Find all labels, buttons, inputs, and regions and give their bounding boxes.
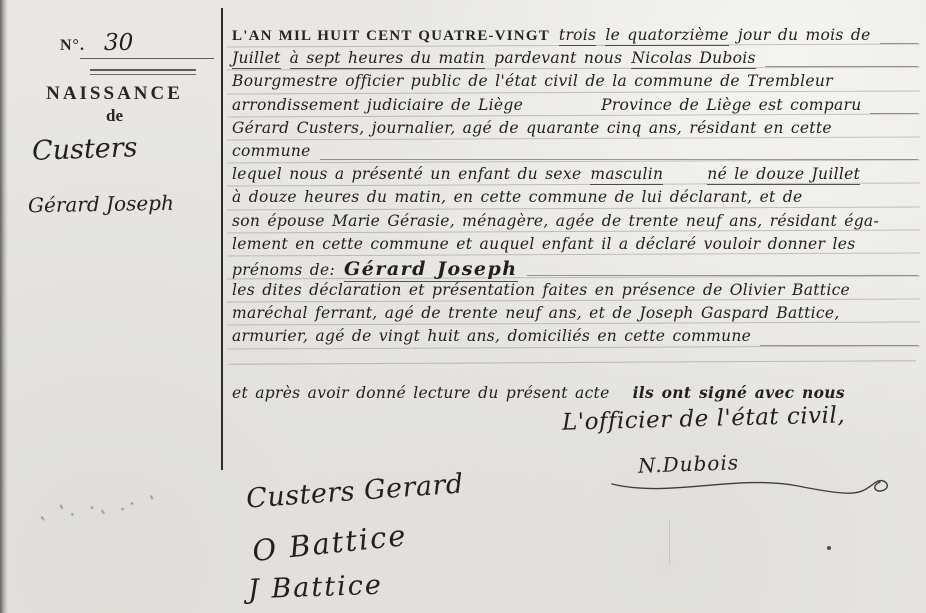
witnesses-text-3: armurier, agé de vingt huit ans, domicil…: [232, 327, 751, 345]
handwritten-time: à sept heures du matin: [290, 49, 486, 69]
district-text: arrondissement judiciaire de Liège: [232, 96, 523, 114]
ruled-line: [227, 345, 920, 349]
scan-edge-shadow: [0, 0, 8, 613]
act-line-declarant2: commune: [232, 142, 918, 165]
before-officer-text: pardevant nous: [494, 49, 622, 67]
ruled-line: [227, 90, 920, 94]
act-type-subtitle: de: [8, 106, 221, 126]
declarant-commune-text: commune: [232, 142, 311, 160]
margin-column: N°. 30 NAISSANCE de Custers Gérard Josep…: [8, 0, 221, 613]
ruled-line: [227, 299, 920, 303]
act-line-child-sex: lequel nous a présenté un enfant du sexe…: [232, 165, 918, 188]
day-suffix-text: jour du mois de: [738, 26, 871, 44]
handwritten-month: Juillet: [232, 49, 281, 69]
child-birthtime-text: à douze heures du matin, en cette commun…: [232, 188, 803, 206]
mother-text: son épouse Marie Gérasie, ménagère, agée…: [232, 212, 879, 230]
act-line-witnesses1: les dites déclaration et présentation fa…: [232, 281, 918, 304]
ruled-line: [227, 252, 920, 256]
witnesses-text-1: les dites déclaration et présentation fa…: [232, 281, 850, 299]
signature-declarant: Custers Gerard: [245, 468, 464, 514]
record-number-value: 30: [104, 30, 133, 56]
paper-streak: [669, 520, 670, 564]
act-line-district: arrondissement judiciaire de Liège Provi…: [232, 96, 918, 119]
printed-year-text: L'AN MIL HUIT CENT QUATRE-VINGT: [232, 28, 550, 45]
closing-read-text: et après avoir donné lecture du présent …: [232, 384, 610, 402]
mother-continued-text: lement en cette commune et auquel enfant…: [232, 235, 855, 253]
handwritten-year: trois: [559, 26, 596, 46]
ruled-line: [227, 229, 920, 233]
act-line-child-name: prénoms de: Gérard Joseph: [232, 258, 918, 281]
record-number-label: N°.: [60, 37, 85, 54]
column-divider-rule: [221, 8, 223, 470]
act-line-witnesses3: armurier, agé de vingt huit ans, domicil…: [232, 327, 918, 350]
ruled-line: [227, 322, 920, 326]
ink-bleed-marks: ’ ·. ,· .’ ,: [33, 492, 155, 524]
act-line-month-officer: Juillet à sept heures du matin pardevant…: [232, 49, 918, 72]
act-type-title: NAISSANCE: [8, 83, 221, 105]
handwritten-day: le quatorzième: [605, 26, 729, 46]
record-number: N°. 30: [60, 30, 133, 56]
record-number-underline: [80, 58, 214, 59]
birth-record-scan: N°. 30 NAISSANCE de Custers Gérard Josep…: [0, 0, 926, 613]
margin-surname: Custers: [31, 132, 138, 167]
witnesses-text-2: maréchal ferrant, agé de trente neuf ans…: [232, 304, 840, 322]
act-line-declarant: Gérard Custers, journalier, agé de quara…: [232, 119, 918, 142]
double-rule: [90, 69, 196, 75]
signature-witness-1: O Battice: [251, 518, 409, 568]
officer-capacity-text: L'officier de l'état civil,: [562, 402, 846, 435]
child-sex-value: masculin: [590, 165, 663, 185]
act-line-child-time: à douze heures du matin, en cette commun…: [232, 188, 918, 211]
act-line-witnesses2: maréchal ferrant, agé de trente neuf ans…: [232, 304, 918, 327]
firstnames-label: prénoms de:: [232, 261, 335, 279]
act-line-mother2: lement en cette commune et auquel enfant…: [232, 235, 918, 258]
officer-title-text: Bourgmestre officier public de l'état ci…: [232, 72, 833, 90]
ruled-line: [227, 206, 920, 210]
province-text: Province de Liège est comparu: [601, 96, 861, 114]
ruled-line: [227, 160, 920, 164]
declarant-text: Gérard Custers, journalier, agé de quara…: [232, 119, 832, 137]
signature-witness-2: J Battice: [248, 570, 384, 606]
act-line-officer-title: Bourgmestre officier public de l'état ci…: [232, 72, 918, 95]
ruled-line: [227, 136, 920, 140]
margin-firstnames: Gérard Joseph: [28, 191, 174, 218]
child-name-value: Gérard Joseph: [344, 258, 518, 282]
blank-ruled-line: [228, 360, 916, 365]
ruled-line: [227, 113, 920, 117]
act-body: L'AN MIL HUIT CENT QUATRE-VINGT trois le…: [232, 26, 918, 351]
closing-signed-text: ils ont signé avec nous: [633, 383, 845, 402]
paper-speck: [827, 546, 831, 550]
officer-signature: N.Dubois: [638, 450, 740, 478]
act-line-mother: son épouse Marie Gérasie, ménagère, agée…: [232, 212, 918, 235]
act-line-date: L'AN MIL HUIT CENT QUATRE-VINGT trois le…: [232, 26, 918, 49]
child-birthdate-value: né le douze Juillet: [707, 165, 860, 185]
officer-name: Nicolas Dubois: [631, 49, 755, 69]
child-presented-text: lequel nous a présenté un enfant du sexe: [232, 165, 581, 183]
